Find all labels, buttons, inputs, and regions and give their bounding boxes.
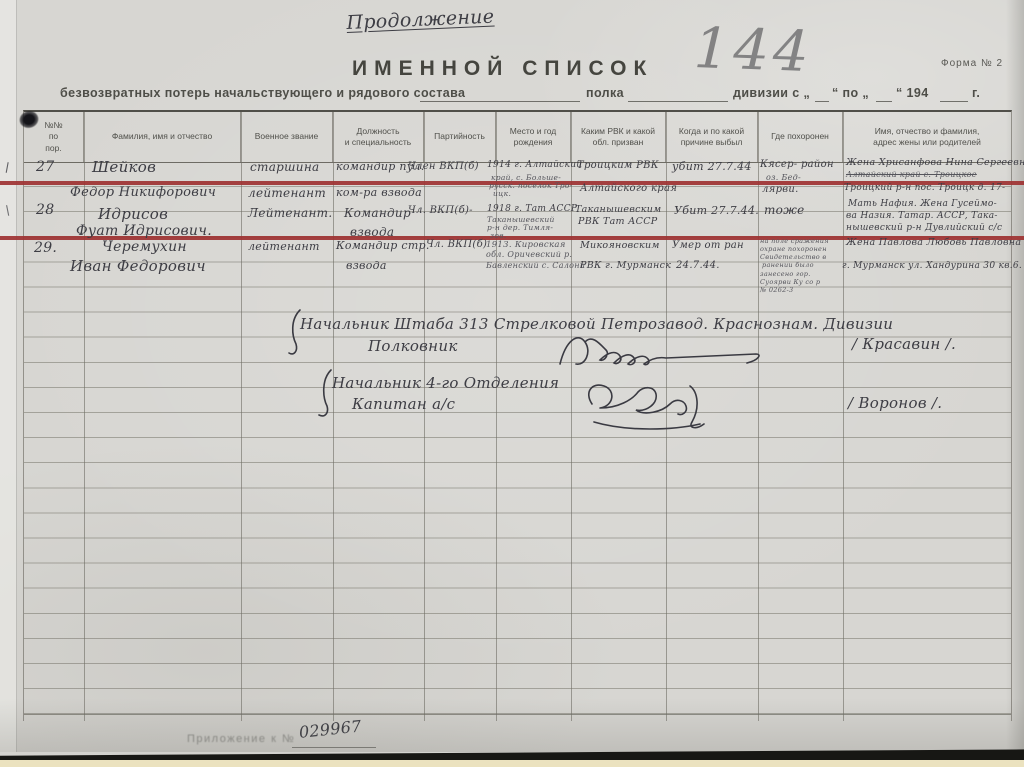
entry-27-birth-4: ицк. [493,189,511,198]
blank-regiment-line [420,101,580,102]
entry-29-position-1: Командир стр. [336,239,430,252]
col-header-fate: Когда и по какой причине выбыл [666,112,758,162]
subtitle-division: дивизии с „ [733,86,810,100]
col-header-party: Партийность [424,112,496,162]
entry-28-family-3: нышевский р-н Дувлийский с/с [846,223,1002,233]
continuation-note: Продолжение [346,6,495,34]
entry-29-rank: лейтенант [248,240,320,253]
col-header-name: Фамилия, имя и отчество [84,112,241,162]
blank-date-from [815,101,829,102]
entry-27-surname: Шейков [92,158,156,176]
entry-29-burial-1: на поле сражения [760,237,829,245]
entry-27-family-2: Алтайский край с. Троицкое [846,170,977,179]
entry-28-surname: Идрисов [98,205,168,223]
signature-rank-2: Капитан а/с [352,395,455,413]
entry-27-rvk-2: Алтайского края [580,183,677,194]
col-header-rank: Военное звание [241,112,333,162]
grid-line [424,112,425,721]
entry-29-birth-1: 1913. Кировская [486,240,566,250]
col-header-rvk: Каким РВК и какой обл. призван [571,112,666,162]
entry-29-burial-6: Суоярви Ку со р [760,278,820,286]
page-number: 144 [693,16,814,85]
page-title: ИМЕННОЙ СПИСОК [352,57,653,81]
entry-29-burial-4: ранении было [762,261,814,269]
entry-29-number: 29. [34,240,57,256]
subtitle-year: “ 194 [896,86,929,100]
entry-27-rank-2: лейтенант [248,186,326,200]
entry-27-birth-1: 1914 г. Алтайский [487,160,582,170]
entry-27-rank-1: старшина [250,160,320,174]
entry-27-burial-1: Кясер- район [760,159,834,170]
subtitle-po: “ по „ [832,86,869,100]
entry-29-burial-2: охране похоронен [760,245,827,253]
scanned-document: Продолжение 144 ИМЕННОЙ СПИСОК Форма № 2… [0,0,1024,767]
blank-division-line [628,101,728,102]
bottom-shadow [0,698,1024,752]
entry-27-position-2: ком-ра взвода [336,186,422,199]
subtitle-prefix: безвозвратных потерь начальствующего и р… [60,86,465,100]
signature-mark-1 [552,324,767,376]
entry-27-number: 27 [36,159,54,175]
entry-28-given-names: Фуат Идрисович. [76,223,212,239]
entry-27-fate: убит 27.7.44 [672,160,752,173]
entry-29-birth-3: Бавленский с. Салони [486,261,585,270]
signature-mark-2 [578,378,728,436]
entry-28-fate: Убит 27.7.44. [674,204,759,217]
table-header-row: №№ по пор. Фамилия, имя и отчество Военн… [24,112,1011,163]
col-header-family: Имя, отчество и фамилия, адрес жены или … [843,112,1011,162]
blank-date-to [876,101,892,102]
subtitle-g: г. [972,86,980,100]
entry-28-position-2: взвода [350,225,394,239]
signature-title-2: Начальник 4-го Отделения [332,374,559,392]
entry-28-family-1: Мать Нафия. Жена Гусеймо- [848,199,997,209]
entry-28-position-1: Командир [344,206,411,220]
entry-28-birth-1: 1918 г. Тат АССР [487,204,577,214]
col-header-burial: Где похоронен [758,112,843,162]
entry-29-given-names: Иван Федорович [70,257,206,275]
entry-27-burial-2: оз. Бед- [766,173,801,182]
entry-28-rvk-1: Таканышевским [575,204,661,215]
grid-line [843,112,844,721]
entry-27-family-1: Жена Хрисанфова Нина Сергеевна [846,157,1024,168]
entry-29-position-2: взвода [346,259,387,272]
entry-27-family-3: Троицкий р-н пос. Троицк д. 17- [844,183,1005,193]
entry-29-rvk-2: РВК г. Мурманск [580,260,671,271]
entry-28-rvk-2: РВК Тат АССР [578,216,658,227]
blank-year [940,101,968,102]
entry-28-party: Чл. ВКП(б)- [408,205,473,216]
entry-28-family-2: ва Назия. Татар. АССР, Така- [846,211,998,221]
col-header-birth: Место и год рождения [496,112,571,162]
entry-29-family-2: г. Мурманск ул. Хандурина 30 кв.6. [842,261,1022,271]
entry-29-burial-7: № 0262-3 [760,286,794,294]
signature-name-2: / Воронов /. [848,394,942,412]
entry-28-burial: тоже [764,203,805,217]
grid-line [84,112,85,721]
scan-cream-strip [0,760,1024,767]
entry-29-family-1: Жена Павлова Любовь Павловна [846,237,1021,248]
entry-28-birth-4: зов. [490,231,507,240]
page-left-edge [0,0,17,752]
entry-27-party: Член ВКП(б) [408,161,479,172]
signature-name-1: / Красавин /. [852,335,956,353]
entry-27-burial-3: лярви. [762,184,799,195]
entry-27-given-names: Федор Никифорович [70,185,216,200]
col-header-position: Должность и специальность [333,112,424,162]
entry-29-fate-1: Умер от ран [672,240,744,251]
entry-29-birth-2: обл. Оричевский р. [486,250,572,259]
subtitle-polka: полка [586,86,624,100]
grid-line [241,112,242,721]
entry-29-rvk-1: Микояновским [580,240,660,251]
entry-29-party: Чл. ВКП(б) [426,239,487,250]
signature-rank-1: Полковник [368,337,458,355]
entry-28-number: 28 [36,202,54,218]
entry-29-burial-5: занесено гор. [760,270,811,278]
document-page: Продолжение 144 ИМЕННОЙ СПИСОК Форма № 2… [0,0,1024,767]
entry-29-fate-2: 24.7.44. [676,260,720,271]
entry-27-rvk-1: Троицким РВК [577,160,659,171]
entry-28-rank: Лейтенант. [248,206,332,220]
entry-29-surname: Черемухин [102,239,187,255]
entry-29-burial-3: Свидетельство в [760,253,826,261]
form-number-label: Форма № 2 [941,58,1003,69]
